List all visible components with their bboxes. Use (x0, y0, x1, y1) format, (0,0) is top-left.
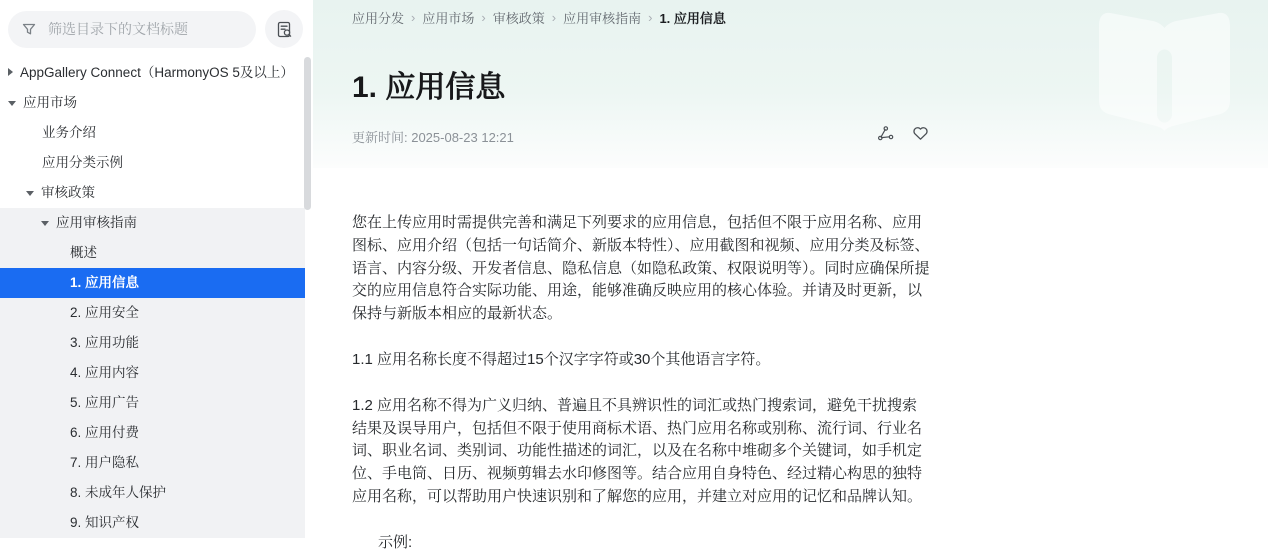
tree-item[interactable]: 2. 应用安全 (0, 298, 305, 328)
tree-item[interactable]: 1. 应用信息 (0, 268, 305, 298)
filter-input[interactable] (46, 20, 243, 38)
chevron-down-icon[interactable] (8, 101, 16, 106)
tree-item[interactable]: 3. 应用功能 (0, 328, 305, 358)
breadcrumb-item: 1. 应用信息 (659, 8, 725, 27)
sidebar-scrollbar[interactable] (304, 57, 311, 210)
sidebar: AppGallery Connect（HarmonyOS 5及以上）应用市场业务… (0, 0, 313, 554)
tree-item-label: 7. 用户隐私 (70, 453, 139, 473)
tree-item-label: 3. 应用功能 (70, 333, 139, 353)
breadcrumb-item[interactable]: 应用市场 (422, 8, 474, 27)
chevron-separator-icon: › (411, 10, 415, 25)
main-area: 应用分发›应用市场›审核政策›应用审核指南›1. 应用信息 1. 应用信息 更新… (313, 0, 1268, 554)
share-button[interactable] (876, 124, 895, 142)
breadcrumb-item[interactable]: 应用分发 (352, 8, 404, 27)
article-body: 您在上传应用时需提供完善和满足下列要求的应用信息，包括但不限于应用名称、应用图标… (313, 168, 1268, 554)
chevron-down-icon[interactable] (41, 221, 49, 226)
meta-row: 更新时间: 2025-08-23 12:21 (352, 127, 930, 147)
breadcrumb: 应用分发›应用市场›审核政策›应用审核指南›1. 应用信息 (352, 0, 1268, 27)
body-paragraph: 1.1 应用名称长度不得超过15个汉字字符或30个其他语言字符。 (352, 349, 930, 372)
body-paragraph: 示例: (352, 532, 930, 554)
chevron-down-icon[interactable] (26, 191, 34, 196)
doc-tree: AppGallery Connect（HarmonyOS 5及以上）应用市场业务… (0, 58, 313, 538)
chevron-right-icon[interactable] (8, 68, 13, 76)
tree-item[interactable]: 7. 用户隐私 (0, 448, 305, 478)
tree-item[interactable]: 应用市场 (0, 88, 305, 118)
tree-item-label: 6. 应用付费 (70, 423, 139, 443)
tree-item[interactable]: 应用分类示例 (0, 148, 305, 178)
heart-icon (911, 124, 930, 142)
breadcrumb-item[interactable]: 应用审核指南 (563, 8, 641, 27)
tree-item[interactable]: 审核政策 (0, 178, 305, 208)
tree-item-label: AppGallery Connect（HarmonyOS 5及以上） (20, 63, 294, 83)
breadcrumb-item[interactable]: 审核政策 (493, 8, 545, 27)
sidebar-search-row (0, 0, 313, 58)
tree-item[interactable]: 8. 未成年人保护 (0, 478, 305, 508)
tree-item[interactable]: 应用审核指南 (0, 208, 305, 238)
chevron-separator-icon: › (552, 10, 556, 25)
tree-item-label: 应用分类示例 (42, 153, 123, 173)
tree-item-label: 概述 (70, 243, 97, 263)
tree-item-label: 审核政策 (41, 183, 95, 203)
document-search-icon (275, 20, 294, 39)
tree-item[interactable]: 4. 应用内容 (0, 358, 305, 388)
tree-item-label: 8. 未成年人保护 (70, 483, 166, 503)
filter-search-box[interactable] (8, 11, 256, 48)
app-window: AppGallery Connect（HarmonyOS 5及以上）应用市场业务… (0, 0, 1268, 554)
chevron-separator-icon: › (481, 10, 485, 25)
favorite-button[interactable] (911, 124, 930, 142)
tree-item[interactable]: 业务介绍 (0, 118, 305, 148)
doc-search-button[interactable] (265, 10, 303, 48)
tree-item[interactable]: AppGallery Connect（HarmonyOS 5及以上） (0, 58, 305, 88)
chevron-separator-icon: › (648, 10, 652, 25)
body-paragraph: 1.2 应用名称不得为广义归纳、普遍且不具辨识性的词汇或热门搜索词，避免干扰搜索… (352, 395, 930, 509)
tree-item-label: 9. 知识产权 (70, 513, 139, 533)
update-time: 更新时间: 2025-08-23 12:21 (352, 130, 514, 145)
body-paragraph: 您在上传应用时需提供完善和满足下列要求的应用信息，包括但不限于应用名称、应用图标… (352, 212, 930, 326)
page-title: 1. 应用信息 (352, 69, 1268, 107)
funnel-icon (21, 21, 37, 37)
tree-item[interactable]: 概述 (0, 238, 305, 268)
tree-item-label: 4. 应用内容 (70, 363, 139, 383)
tree-item[interactable]: 9. 知识产权 (0, 508, 305, 538)
page-header: 应用分发›应用市场›审核政策›应用审核指南›1. 应用信息 1. 应用信息 更新… (313, 0, 1268, 168)
tree-item-label: 业务介绍 (42, 123, 96, 143)
tree-item-label: 2. 应用安全 (70, 303, 139, 323)
tree-item-label: 5. 应用广告 (70, 393, 139, 413)
share-icon (876, 124, 895, 142)
page-actions (876, 124, 930, 142)
tree-item-label: 1. 应用信息 (70, 273, 139, 293)
tree-item-label: 应用审核指南 (56, 213, 137, 233)
tree-item-label: 应用市场 (23, 93, 77, 113)
tree-item[interactable]: 6. 应用付费 (0, 418, 305, 448)
tree-item[interactable]: 5. 应用广告 (0, 388, 305, 418)
